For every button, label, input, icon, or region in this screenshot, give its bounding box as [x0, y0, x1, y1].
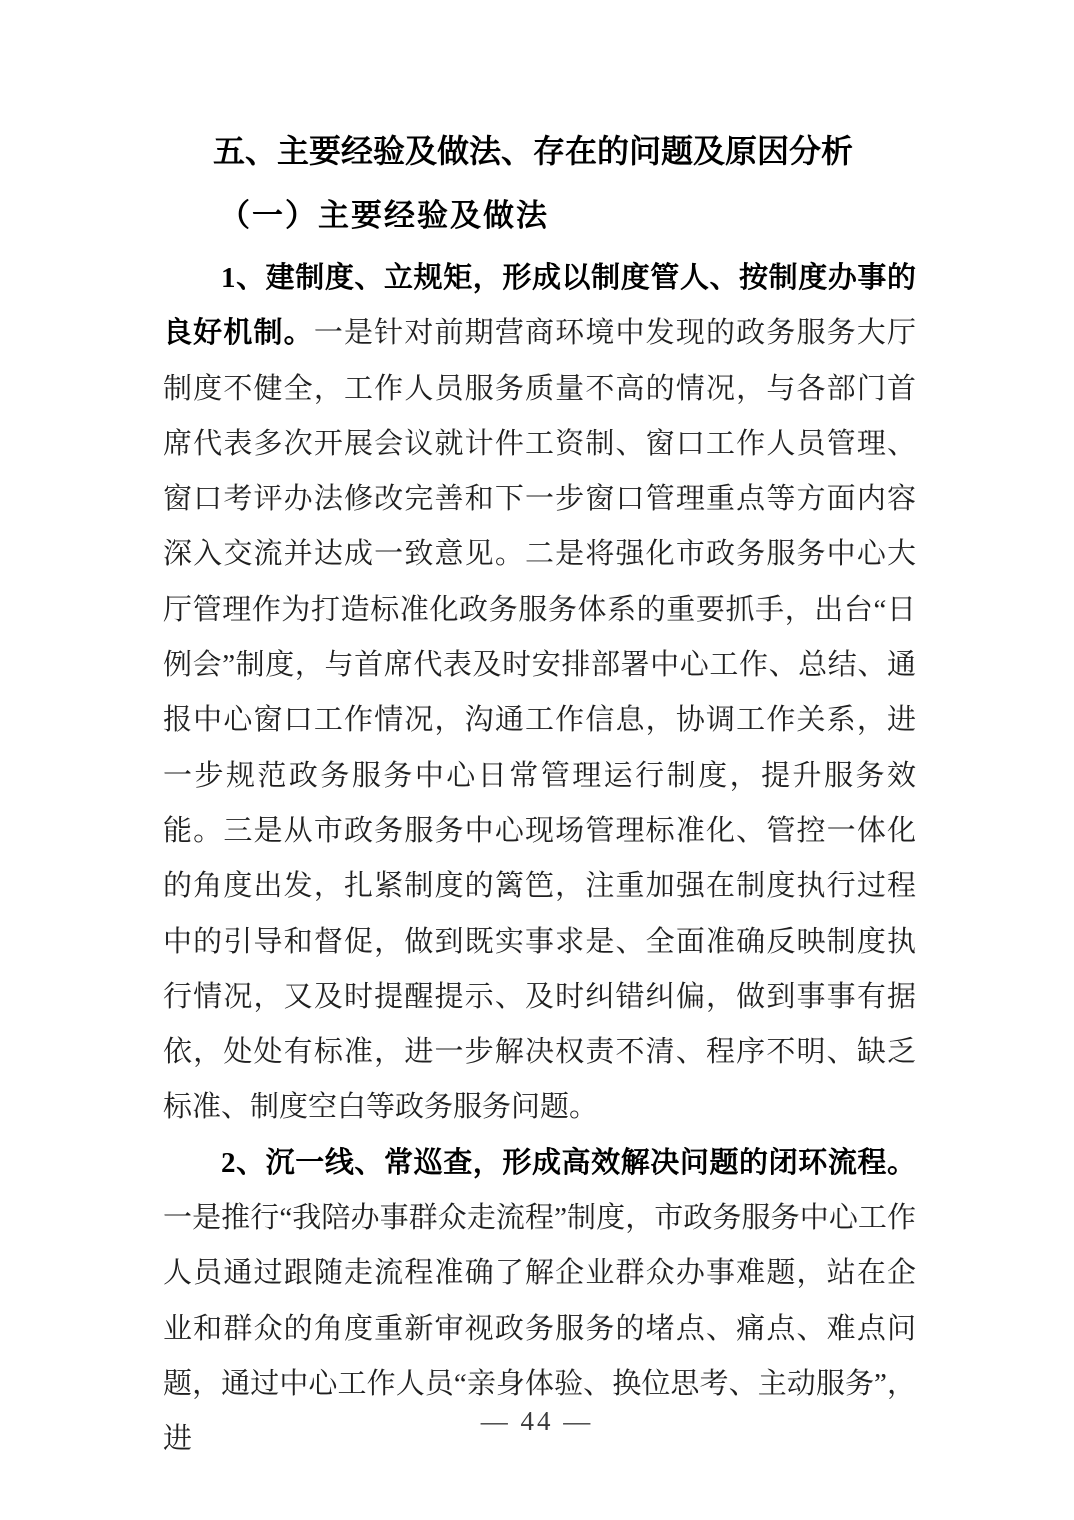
paragraph-1-text: 一是针对前期营商环境中发现的政务服务大厅制度不健全，工作人员服务质量不高的情况，… [163, 317, 916, 1123]
page-footer: — 44 — [0, 1406, 1074, 1437]
document-page: 五、主要经验及做法、存在的问题及原因分析 （一）主要经验及做法 1、建制度、立规… [0, 0, 1074, 1520]
page-body: 五、主要经验及做法、存在的问题及原因分析 （一）主要经验及做法 1、建制度、立规… [163, 122, 916, 1468]
section-heading: 五、主要经验及做法、存在的问题及原因分析 [163, 122, 916, 180]
subsection-heading: （一）主要经验及做法 [163, 187, 916, 245]
paragraph-2-lead: 2、沉一线、常巡查，形成高效解决问题的闭环流程。 [221, 1147, 916, 1179]
paragraph-1: 1、建制度、立规矩，形成以制度管人、按制度办事的良好机制。一是针对前期营商环境中… [163, 251, 916, 1136]
page-number: — 44 — [481, 1406, 594, 1436]
